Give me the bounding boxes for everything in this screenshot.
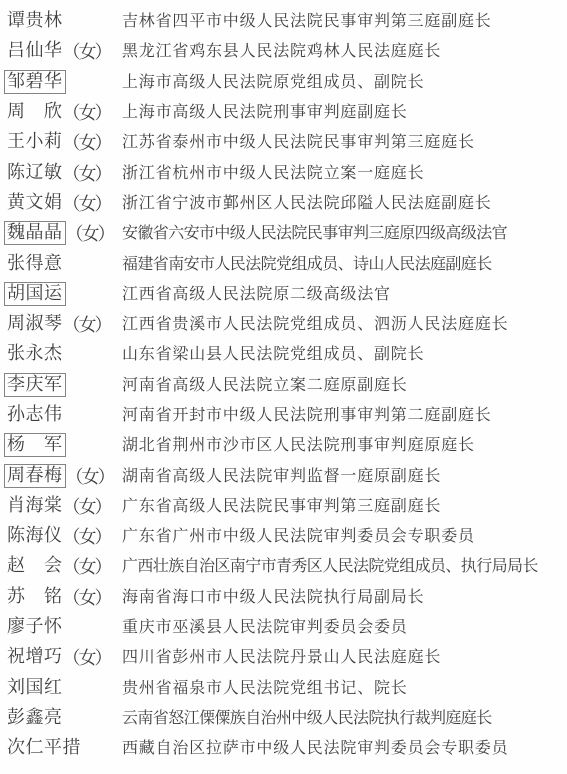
person-name: 胡国运 <box>7 282 122 306</box>
roster-row: 陈辽敏（女） 浙江省杭州市中级人民法院立案一庭庭长 <box>7 157 567 187</box>
person-position: 安徽省六安市中级人民法院民事审判三庭原四级高级法官 <box>122 222 507 244</box>
gender-label: （女） <box>63 553 111 579</box>
gender-label: （女） <box>63 190 111 216</box>
person-name-text: 张永杰 <box>7 343 63 365</box>
gender-label: （女） <box>63 644 111 670</box>
person-name-text: 周淑琴 <box>7 313 63 335</box>
person-name-text: 胡国运 <box>4 282 66 306</box>
person-name-text: 陈海仪 <box>7 525 63 547</box>
person-name: 陈辽敏（女） <box>7 160 122 186</box>
gender-label: （女） <box>63 99 111 125</box>
roster-row: 肖海棠（女） 广东省高级人民法院民事审判第三庭副庭长 <box>7 491 567 521</box>
person-name: 李庆军 <box>7 373 122 397</box>
person-position: 云南省怒江傈僳族自治州中级人民法院执行裁判庭庭长 <box>122 707 492 729</box>
roster-row: 黄文娟（女） 浙江省宁波市鄞州区人民法院邱隘人民法庭副庭长 <box>7 188 567 218</box>
person-position: 广东省高级人民法院民事审判第三庭副庭长 <box>122 495 441 517</box>
person-name-text: 廖子怀 <box>7 616 63 638</box>
person-position: 浙江省宁波市鄞州区人民法院邱隘人民法庭副庭长 <box>122 192 492 214</box>
gender-label: （女） <box>63 160 111 186</box>
person-name: 周春梅（女） <box>7 463 122 489</box>
person-name: 肖海棠（女） <box>7 493 122 519</box>
gender-label: （女） <box>63 493 111 519</box>
person-name-text: 陈辽敏 <box>7 162 63 184</box>
roster-row: 魏晶晶（女） 安徽省六安市中级人民法院民事审判三庭原四级高级法官 <box>7 218 567 248</box>
person-position: 黑龙江省鸡东县人民法院鸡林人民法庭庭长 <box>122 40 441 62</box>
roster-row: 孙志伟 河南省开封市中级人民法院刑事审判第二庭副庭长 <box>7 400 567 430</box>
person-name: 祝增巧（女） <box>7 644 122 670</box>
person-position: 河南省高级人民法院立案二庭原副庭长 <box>122 374 408 396</box>
roster-row: 张得意 福建省南安市人民法院党组成员、诗山人民法庭副庭长 <box>7 248 567 278</box>
roster-row: 张永杰 山东省梁山县人民法院党组成员、副院长 <box>7 339 567 369</box>
person-name: 王小莉（女） <box>7 129 122 155</box>
roster-row: 彭鑫亮 云南省怒江傈僳族自治州中级人民法院执行裁判庭庭长 <box>7 703 567 733</box>
person-position: 浙江省杭州市中级人民法院立案一庭庭长 <box>122 162 424 184</box>
roster-row: 祝增巧（女） 四川省彭州市人民法院丹景山人民法庭庭长 <box>7 642 567 672</box>
roster-row: 陈海仪（女） 广东省广州市中级人民法院审判委员会专职委员 <box>7 521 567 551</box>
person-name: 周 欣（女） <box>7 99 122 125</box>
roster-row: 次仁平措 西藏自治区拉萨市中级人民法院审判委员会专职委员 <box>7 733 567 763</box>
person-name: 杨 军 <box>7 433 122 457</box>
person-name-text: 张得意 <box>7 253 63 275</box>
roster-row: 周淑琴（女） 江西省贵溪市人民法院党组成员、泗沥人民法庭庭长 <box>7 309 567 339</box>
roster-row: 周春梅（女） 湖南省高级人民法院审判监督一庭原副庭长 <box>7 460 567 490</box>
roster-row: 邹碧华 上海市高级人民法院原党组成员、副院长 <box>7 67 567 97</box>
person-position: 山东省梁山县人民法院党组成员、副院长 <box>122 343 424 365</box>
person-name-text: 黄文娟 <box>7 192 63 214</box>
roster: 谭贵林 吉林省四平市中级人民法院民事审判第三庭副庭长 吕仙华（女） 黑龙江省鸡东… <box>7 6 567 763</box>
person-name: 魏晶晶（女） <box>7 220 122 246</box>
roster-row: 王小莉（女） 江苏省泰州市中级人民法院民事审判第三庭庭长 <box>7 127 567 157</box>
person-name-text: 祝增巧 <box>7 646 63 668</box>
roster-row: 李庆军 河南省高级人民法院立案二庭原副庭长 <box>7 370 567 400</box>
person-position: 河南省开封市中级人民法院刑事审判第二庭副庭长 <box>122 404 492 426</box>
person-name-text: 赵 会 <box>7 555 63 577</box>
person-position: 广东省广州市中级人民法院审判委员会专职委员 <box>122 525 475 547</box>
person-position: 江苏省泰州市中级人民法院民事审判第三庭庭长 <box>122 131 475 153</box>
person-name-text: 谭贵林 <box>7 10 63 32</box>
person-name: 张永杰 <box>7 343 122 365</box>
roster-row: 谭贵林 吉林省四平市中级人民法院民事审判第三庭副庭长 <box>7 6 567 36</box>
person-position: 湖北省荆州市沙市区人民法院刑事审判庭原庭长 <box>122 434 475 456</box>
person-name: 谭贵林 <box>7 10 122 32</box>
person-name-text: 王小莉 <box>7 131 63 153</box>
roster-row: 胡国运 江西省高级人民法院原二级高级法官 <box>7 279 567 309</box>
person-name-text: 魏晶晶 <box>4 221 66 245</box>
person-name-text: 周 欣 <box>7 101 63 123</box>
person-position: 上海市高级人民法院原党组成员、副院长 <box>122 71 424 93</box>
person-name-text: 肖海棠 <box>7 495 63 517</box>
person-name-text: 刘国红 <box>7 677 63 699</box>
person-name: 黄文娟（女） <box>7 190 122 216</box>
person-name: 苏 铭（女） <box>7 584 122 610</box>
person-name-text: 苏 铭 <box>7 586 63 608</box>
person-name: 赵 会（女） <box>7 553 122 579</box>
person-name-text: 周春梅 <box>4 464 66 488</box>
person-position: 上海市高级人民法院刑事审判庭副庭长 <box>122 101 408 123</box>
person-name: 周淑琴（女） <box>7 311 122 337</box>
document-page: 谭贵林 吉林省四平市中级人民法院民事审判第三庭副庭长 吕仙华（女） 黑龙江省鸡东… <box>0 0 567 774</box>
person-position: 吉林省四平市中级人民法院民事审判第三庭副庭长 <box>122 10 492 32</box>
person-position: 四川省彭州市人民法院丹景山人民法庭庭长 <box>122 646 441 668</box>
gender-label: （女） <box>63 129 111 155</box>
gender-label: （女） <box>66 220 114 246</box>
person-position: 广西壮族自治区南宁市青秀区人民法院党组成员、执行局局长 <box>122 555 538 577</box>
roster-row: 吕仙华（女） 黑龙江省鸡东县人民法院鸡林人民法庭庭长 <box>7 36 567 66</box>
person-name: 廖子怀 <box>7 616 122 638</box>
person-position: 江西省高级人民法院原二级高级法官 <box>122 283 391 305</box>
roster-row: 杨 军 湖北省荆州市沙市区人民法院刑事审判庭原庭长 <box>7 430 567 460</box>
person-name-text: 杨 军 <box>4 433 66 457</box>
gender-label: （女） <box>63 38 111 64</box>
person-name: 张得意 <box>7 253 122 275</box>
roster-row: 周 欣（女） 上海市高级人民法院刑事审判庭副庭长 <box>7 97 567 127</box>
person-name-text: 李庆军 <box>4 373 66 397</box>
person-position: 湖南省高级人民法院审判监督一庭原副庭长 <box>122 465 441 487</box>
person-name: 吕仙华（女） <box>7 38 122 64</box>
gender-label: （女） <box>63 523 111 549</box>
roster-row: 赵 会（女） 广西壮族自治区南宁市青秀区人民法院党组成员、执行局局长 <box>7 551 567 581</box>
roster-row: 刘国红 贵州省福泉市人民法院党组书记、院长 <box>7 673 567 703</box>
person-name-text: 次仁平措 <box>7 737 81 759</box>
roster-row: 廖子怀 重庆市巫溪县人民法院审判委员会委员 <box>7 612 567 642</box>
gender-label: （女） <box>63 584 111 610</box>
person-position: 重庆市巫溪县人民法院审判委员会委员 <box>122 616 408 638</box>
gender-label: （女） <box>66 463 114 489</box>
person-position: 贵州省福泉市人民法院党组书记、院长 <box>122 677 408 699</box>
person-name-text: 彭鑫亮 <box>7 707 63 729</box>
gender-label: （女） <box>63 311 111 337</box>
person-name: 陈海仪（女） <box>7 523 122 549</box>
person-position: 西藏自治区拉萨市中级人民法院审判委员会专职委员 <box>122 737 508 759</box>
person-name: 邹碧华 <box>7 70 122 94</box>
person-name: 刘国红 <box>7 677 122 699</box>
person-name: 次仁平措 <box>7 737 122 759</box>
person-position: 福建省南安市人民法院党组成员、诗山人民法庭副庭长 <box>122 253 492 275</box>
person-name-text: 吕仙华 <box>7 40 63 62</box>
roster-row: 苏 铭（女） 海南省海口市中级人民法院执行局副局长 <box>7 582 567 612</box>
person-name-text: 孙志伟 <box>7 404 63 426</box>
person-name-text: 邹碧华 <box>4 70 66 94</box>
person-name: 彭鑫亮 <box>7 707 122 729</box>
person-position: 江西省贵溪市人民法院党组成员、泗沥人民法庭庭长 <box>122 313 508 335</box>
person-name: 孙志伟 <box>7 404 122 426</box>
person-position: 海南省海口市中级人民法院执行局副局长 <box>122 586 424 608</box>
